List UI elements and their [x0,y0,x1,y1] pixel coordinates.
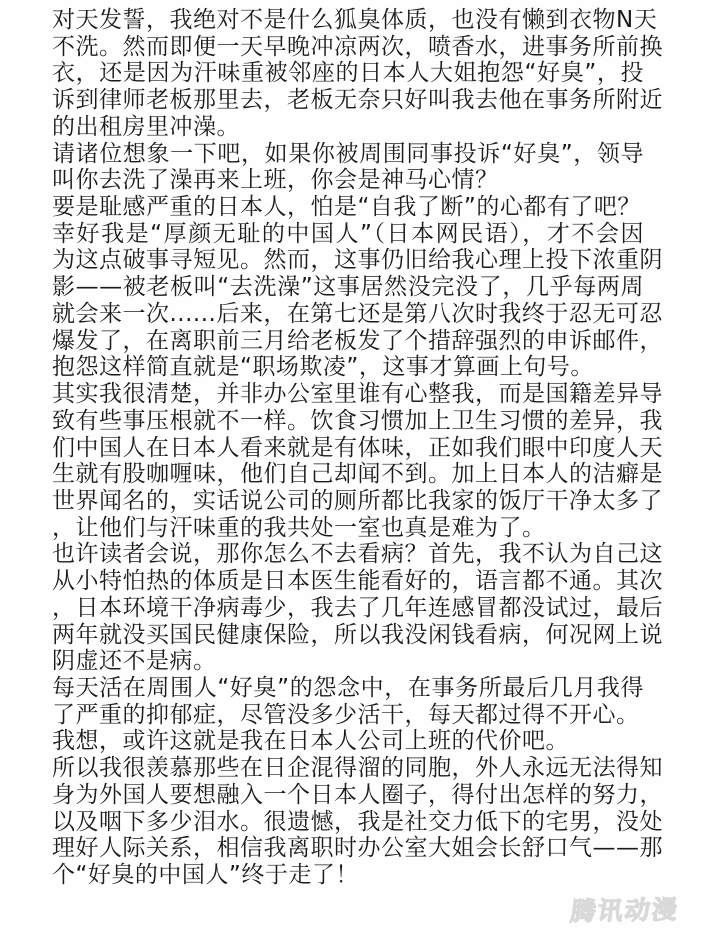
text-line: 抱怨这样简直就是“职场欺凌”，这事才算画上句号。 [52,354,644,381]
text-line: 我想，或许这就是我在日本人公司上班的代价吧。 [52,728,644,755]
text-line: 请诸位想象一下吧，如果你被周围同事投诉“好臭”，领导 [52,141,644,168]
text-line: 影——被老板叫“去洗澡”这事居然没完没了，几乎每两周 [52,274,644,301]
text-line: 致有些事压根就不一样。饮食习惯加上卫生习惯的差异，我 [52,408,644,435]
text-line: 生就有股咖喱味，他们自己却闻不到。加上日本人的洁癖是 [52,461,644,488]
text-line: ，让他们与汗味重的我共处一室也真是难为了。 [52,515,644,542]
text-line: 其实我很清楚，并非办公室里谁有心整我，而是国籍差异导 [52,381,644,408]
essay-text-block: 对天发誓，我绝对不是什么狐臭体质，也没有懒到衣物N天 不洗。然而即便一天早晚冲凉… [52,7,644,889]
text-line: 叫你去洗了澡再来上班，你会是神马心情？ [52,167,644,194]
text-line: 了严重的抑郁症，尽管没多少活干，每天都过得不开心。 [52,702,644,729]
text-line: 以及咽下多少泪水。很遗憾，我是社交力低下的宅男，没处 [52,809,644,836]
comic-text-page: 对天发誓，我绝对不是什么狐臭体质，也没有懒到衣物N天 不洗。然而即便一天早晚冲凉… [0,0,701,941]
text-line: 理好人际关系，相信我离职时办公室大姐会长舒口气——那 [52,835,644,862]
text-line: 对天发誓，我绝对不是什么狐臭体质，也没有懒到衣物N天 [52,7,644,34]
text-line: 就会来一次......后来，在第七还是第八次时我终于忍无可忍 [52,301,644,328]
text-line: 诉到律师老板那里去，老板无奈只好叫我去他在事务所附近 [52,87,644,114]
text-line: 的出租房里冲澡。 [52,114,644,141]
text-line: 从小特怕热的体质是日本医生能看好的，语言都不通。其次 [52,568,644,595]
text-line: 两年就没买国民健康保险，所以我没闲钱看病，何况网上说 [52,622,644,649]
text-line: 幸好我是“厚颜无耻的中国人”（日本网民语），才不会因 [52,221,644,248]
text-line: 也许读者会说，那你怎么不去看病？首先，我不认为自己这 [52,541,644,568]
text-line: 身为外国人要想融入一个日本人圈子，得付出怎样的努力， [52,782,644,809]
text-line: 世界闻名的，实话说公司的厕所都比我家的饭厅干净太多了 [52,488,644,515]
text-line: 不洗。然而即便一天早晚冲凉两次，喷香水，进事务所前换 [52,34,644,61]
text-line: 们中国人在日本人看来就是有体味，正如我们眼中印度人天 [52,435,644,462]
text-line: 每天活在周围人“好臭”的怨念中，在事务所最后几月我得 [52,675,644,702]
text-line: 为这点破事寻短见。然而，这事仍旧给我心理上投下浓重阴 [52,247,644,274]
text-line: 阴虚还不是病。 [52,648,644,675]
text-line: 要是耻感严重的日本人，怕是“自我了断”的心都有了吧？ [52,194,644,221]
text-line: 个“好臭的中国人”终于走了！ [52,862,644,889]
text-line: ，日本环境干净病毒少，我去了几年连感冒都没试过，最后 [52,595,644,622]
text-line: 所以我很羡慕那些在日企混得溜的同胞，外人永远无法得知 [52,755,644,782]
text-line: 爆发了，在离职前三月给老板发了个措辞强烈的申诉邮件， [52,328,644,355]
text-line: 衣，还是因为汗味重被邻座的日本人大姐抱怨“好臭”，投 [52,60,644,87]
tencent-comics-watermark: 腾讯动漫 [569,890,682,928]
